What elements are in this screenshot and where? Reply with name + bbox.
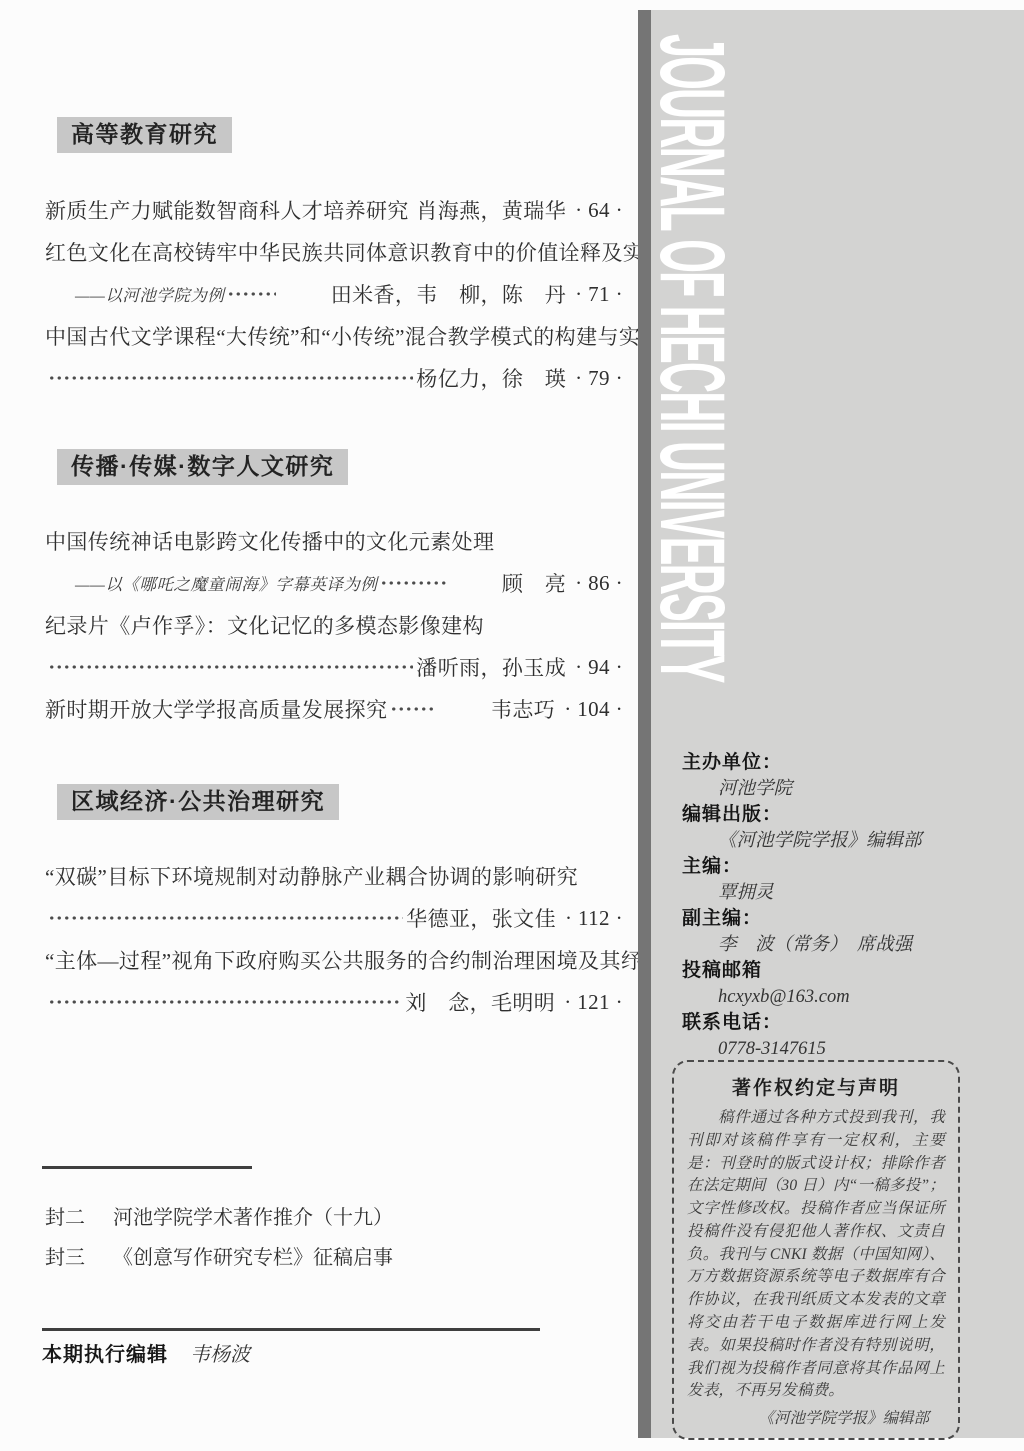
article-title: “双碳”目标下环境规制对动静脉产业耦合协调的影响研究 bbox=[45, 861, 578, 891]
article-title: 纪录片《卢作孚》：文化记忆的多模态影像建构 bbox=[45, 610, 484, 640]
cover-label: 封三 bbox=[45, 1241, 85, 1270]
dot-leader bbox=[48, 981, 402, 1023]
info-value-deputy-editors: 李 波（常务） 席战强 bbox=[682, 932, 1012, 958]
cover-title: 《创意写作研究专栏》征稿启事 bbox=[113, 1241, 393, 1270]
article-subtitle: ——以河池学院为例 bbox=[45, 282, 224, 306]
info-label-chief-editor: 主编： bbox=[682, 854, 1012, 880]
toc-entry-continuation: 刘 念，毛明明 · 121 · bbox=[45, 981, 623, 1023]
divider-rule-short bbox=[42, 1166, 252, 1169]
section-header-media-digital-humanities: 传播·传媒·数字人文研究 bbox=[57, 449, 348, 485]
article-authors: 潘听雨，孙玉成 bbox=[416, 652, 566, 682]
dot-leader bbox=[412, 189, 413, 231]
article-page-number: · 79 · bbox=[575, 366, 623, 391]
article-authors: 韦志巧 bbox=[491, 694, 555, 724]
info-value-publisher: 《河池学院学报》编辑部 bbox=[682, 828, 1012, 854]
article-page-number: · 121 · bbox=[564, 990, 623, 1015]
article-page-number: · 94 · bbox=[575, 655, 623, 680]
section-header-regional-economy-governance: 区域经济·公共治理研究 bbox=[57, 784, 339, 820]
journal-toc-page: 高等教育研究 新质生产力赋能数智商科人才培养研究 肖海燕，黄瑞华 · 64 · … bbox=[0, 0, 1024, 1451]
dot-leader bbox=[48, 897, 403, 939]
article-title: “主体—过程”视角下政府购买公共服务的合约制治理困境及其纾解路径 bbox=[45, 945, 706, 975]
section-header-higher-education: 高等教育研究 bbox=[57, 117, 232, 153]
toc-entry: “主体—过程”视角下政府购买公共服务的合约制治理困境及其纾解路径 bbox=[45, 939, 623, 981]
toc-entry: 新质生产力赋能数智商科人才培养研究 肖海燕，黄瑞华 · 64 · bbox=[45, 189, 623, 231]
article-title: 红色文化在高校铸牢中华民族共同体意识教育中的价值诠释及实践路径 bbox=[45, 237, 708, 267]
toc-entry-continuation: 潘听雨，孙玉成 · 94 · bbox=[45, 646, 623, 688]
toc-entry-continuation: ——以河池学院为例 田米香，韦 柳，陈 丹 · 71 · bbox=[45, 273, 623, 315]
article-subtitle: ——以《哪吒之魔童闹海》字幕英译为例 bbox=[45, 571, 377, 595]
section-entries-regional-economy-governance: “双碳”目标下环境规制对动静脉产业耦合协调的影响研究 华德亚，张文佳 · 112… bbox=[45, 855, 623, 1023]
info-value-organizer: 河池学院 bbox=[682, 776, 1012, 802]
article-page-number: · 104 · bbox=[564, 697, 623, 722]
copyright-notice-signature: 《河池学院学报》编辑部 bbox=[687, 1406, 945, 1428]
info-value-contact-phone: 0778-3147615 bbox=[682, 1036, 1012, 1062]
info-label-deputy-editors: 副主编： bbox=[682, 906, 1012, 932]
article-title: 中国传统神话电影跨文化传播中的文化元素处理 bbox=[45, 526, 494, 556]
article-authors: 刘 念，毛明明 bbox=[405, 987, 555, 1017]
executive-editor-line: 本期执行编辑 韦杨波 bbox=[42, 1338, 250, 1367]
info-value-submission-email: hcxyxb@163.com bbox=[682, 984, 1012, 1010]
toc-entry: 中国传统神话电影跨文化传播中的文化元素处理 bbox=[45, 520, 623, 562]
dot-leader bbox=[390, 688, 436, 730]
journal-info-block: 主办单位： 河池学院 编辑出版： 《河池学院学报》编辑部 主编： 覃拥灵 副主编… bbox=[682, 750, 1012, 1062]
toc-entry: 中国古代文学课程“大传统”和“小传统”混合教学模式的构建与实践 bbox=[45, 315, 623, 357]
dot-leader bbox=[48, 357, 413, 399]
journal-title-english-vertical: JOURNAL OF HECHI UNIVERSITY bbox=[639, 34, 744, 739]
article-title: 新时期开放大学学报高质量发展探究 bbox=[45, 694, 387, 724]
toc-entry-continuation: ——以《哪吒之魔童闹海》字幕英译为例 顾 亮 · 86 · bbox=[45, 562, 623, 604]
info-label-publisher: 编辑出版： bbox=[682, 802, 1012, 828]
sidebar-panel: JOURNAL OF HECHI UNIVERSITY 主办单位： 河池学院 编… bbox=[651, 10, 1024, 1438]
copyright-notice-title: 著作权约定与声明 bbox=[687, 1073, 945, 1100]
executive-editor-name: 韦杨波 bbox=[190, 1338, 250, 1367]
cover-items: 封二 河池学院学术著作推介（十九） 封三 《创意写作研究专栏》征稿启事 bbox=[45, 1195, 393, 1275]
dot-leader bbox=[380, 562, 447, 604]
dot-leader bbox=[48, 646, 413, 688]
section-entries-media-digital-humanities: 中国传统神话电影跨文化传播中的文化元素处理 ——以《哪吒之魔童闹海》字幕英译为例… bbox=[45, 520, 623, 730]
cover-label: 封二 bbox=[45, 1201, 85, 1230]
section-entries-higher-education: 新质生产力赋能数智商科人才培养研究 肖海燕，黄瑞华 · 64 · 红色文化在高校… bbox=[45, 189, 623, 399]
article-authors: 肖海燕，黄瑞华 bbox=[416, 195, 566, 225]
info-label-organizer: 主办单位： bbox=[682, 750, 1012, 776]
cover-item: 封三 《创意写作研究专栏》征稿启事 bbox=[45, 1235, 393, 1275]
article-authors: 华德亚，张文佳 bbox=[406, 903, 556, 933]
article-page-number: · 71 · bbox=[575, 282, 623, 307]
info-value-chief-editor: 覃拥灵 bbox=[682, 880, 1012, 906]
article-authors: 杨亿力，徐 瑛 bbox=[416, 363, 566, 393]
toc-entry-continuation: 杨亿力，徐 瑛 · 79 · bbox=[45, 357, 623, 399]
article-page-number: · 112 · bbox=[565, 906, 623, 931]
cover-title: 河池学院学术著作推介（十九） bbox=[113, 1201, 393, 1230]
article-page-number: · 86 · bbox=[575, 571, 623, 596]
cover-item: 封二 河池学院学术著作推介（十九） bbox=[45, 1195, 393, 1235]
toc-entry: “双碳”目标下环境规制对动静脉产业耦合协调的影响研究 bbox=[45, 855, 623, 897]
toc-entry-continuation: 华德亚，张文佳 · 112 · bbox=[45, 897, 623, 939]
copyright-notice-box: 著作权约定与声明 稿件通过各种方式投到我刊，我刊即对该稿件享有一定权利，主要是：… bbox=[672, 1060, 960, 1440]
executive-editor-label: 本期执行编辑 bbox=[42, 1338, 168, 1367]
toc-entry: 纪录片《卢作孚》：文化记忆的多模态影像建构 bbox=[45, 604, 623, 646]
article-authors: 田米香，韦 柳，陈 丹 bbox=[331, 279, 566, 309]
divider-rule-long bbox=[42, 1328, 540, 1331]
article-title: 新质生产力赋能数智商科人才培养研究 bbox=[45, 195, 409, 225]
toc-entry: 红色文化在高校铸牢中华民族共同体意识教育中的价值诠释及实践路径 bbox=[45, 231, 623, 273]
article-page-number: · 64 · bbox=[575, 198, 623, 223]
copyright-notice-body: 稿件通过各种方式投到我刊，我刊即对该稿件享有一定权利，主要是：刊登时的版式设计权… bbox=[687, 1107, 945, 1403]
toc-entry: 新时期开放大学学报高质量发展探究 韦志巧 · 104 · bbox=[45, 688, 623, 730]
article-title: 中国古代文学课程“大传统”和“小传统”混合教学模式的构建与实践 bbox=[45, 321, 662, 351]
info-label-contact-phone: 联系电话： bbox=[682, 1010, 1012, 1036]
article-authors: 顾 亮 bbox=[502, 568, 566, 598]
dot-leader bbox=[227, 273, 275, 315]
info-label-submission-email: 投稿邮箱 bbox=[682, 958, 1012, 984]
